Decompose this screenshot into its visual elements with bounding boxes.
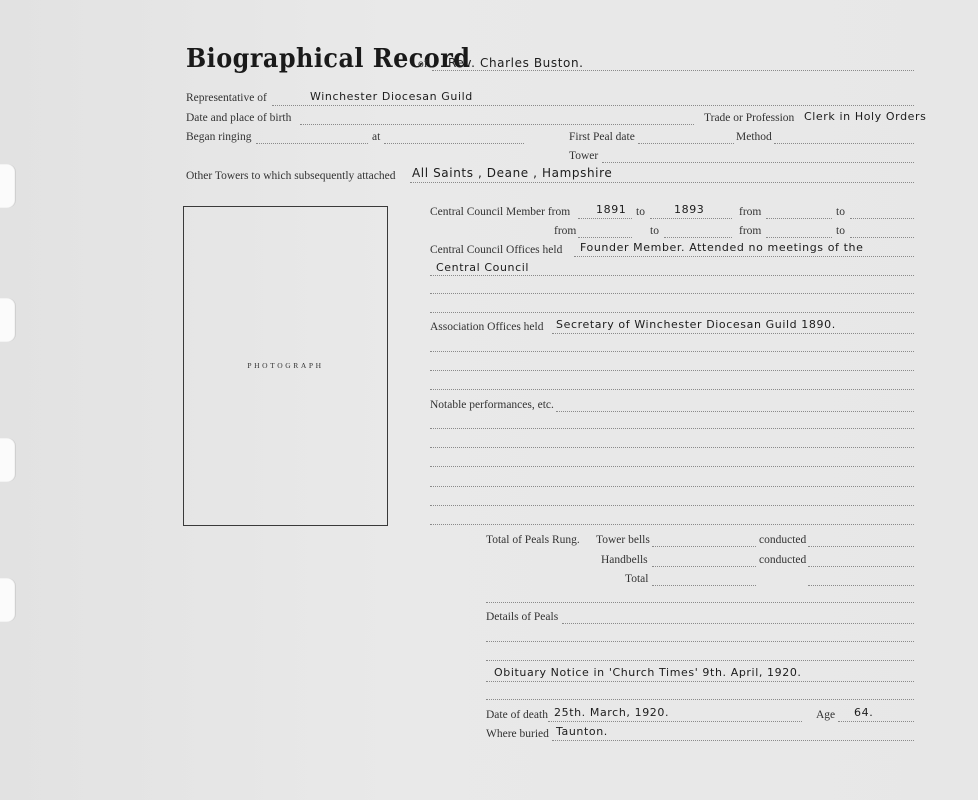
buried-value[interactable]: Taunton. xyxy=(556,725,608,738)
notable-line-6 xyxy=(430,505,914,506)
began-ringing-label: Began ringing xyxy=(186,131,251,143)
cc-from-1[interactable]: 1891 xyxy=(596,203,626,216)
notable-line-3 xyxy=(430,447,914,448)
punch-hole xyxy=(0,164,16,208)
cc-from-label: from xyxy=(739,206,761,218)
association-line-2 xyxy=(430,351,914,352)
cc-to-3-line xyxy=(664,237,732,238)
cc-from-4-line xyxy=(766,237,832,238)
other-towers-value[interactable]: All Saints , Deane , Hampshire xyxy=(412,166,612,180)
person-name[interactable]: Rev. Charles Buston. xyxy=(448,56,584,70)
association-label: Association Offices held xyxy=(430,321,543,333)
cc-offices-line-2 xyxy=(430,275,914,276)
cc-offices-label: Central Council Offices held xyxy=(430,244,562,256)
representative-line xyxy=(272,105,914,106)
details-peals-label: Details of Peals xyxy=(486,611,558,623)
tower-bells-line xyxy=(652,546,756,547)
record-card: Biographical Record of Rev. Charles Bust… xyxy=(0,0,978,800)
cc-to-4-line xyxy=(850,237,914,238)
cc-offices-line-3 xyxy=(430,293,914,294)
total-peals-label: Total of Peals Rung. xyxy=(486,534,580,546)
tower-line xyxy=(602,162,914,163)
method-line xyxy=(774,143,914,144)
at-label: at xyxy=(372,131,380,143)
notable-label: Notable performances, etc. xyxy=(430,399,554,411)
details-line-1 xyxy=(562,623,914,624)
buried-label: Where buried xyxy=(486,728,549,740)
method-label: Method xyxy=(736,131,772,143)
hand-conducted-line xyxy=(808,566,914,567)
peals-separator-line xyxy=(486,602,914,603)
association-line-1 xyxy=(552,333,914,334)
cc-from-label: from xyxy=(554,225,576,237)
cc-to-label: to xyxy=(636,206,645,218)
tower-label: Tower xyxy=(569,150,598,162)
name-line xyxy=(432,70,914,71)
other-towers-label: Other Towers to which subsequently attac… xyxy=(186,170,395,182)
total-sub-label: Total xyxy=(625,573,648,585)
punch-hole xyxy=(0,298,16,342)
tower-bells-label: Tower bells xyxy=(596,534,650,546)
age-label: Age xyxy=(816,709,835,721)
cc-to-label: to xyxy=(650,225,659,237)
of-label: of xyxy=(418,58,428,70)
other-towers-line xyxy=(410,182,914,183)
obituary-line-2 xyxy=(486,699,914,700)
at-line xyxy=(384,143,524,144)
notable-line-7 xyxy=(430,524,914,525)
photograph-label: PHOTOGRAPH xyxy=(184,361,387,370)
punch-hole xyxy=(0,578,16,622)
cc-offices-value-1[interactable]: Founder Member. Attended no meetings of … xyxy=(580,241,863,254)
details-line-3 xyxy=(486,660,914,661)
cc-from-1-line xyxy=(578,218,632,219)
buried-line xyxy=(552,740,914,741)
association-value[interactable]: Secretary of Winchester Diocesan Guild 1… xyxy=(556,318,836,331)
cc-offices-line-4 xyxy=(430,312,914,313)
age-value[interactable]: 64. xyxy=(854,706,873,719)
tower-conducted-line xyxy=(808,546,914,547)
representative-value[interactable]: Winchester Diocesan Guild xyxy=(310,90,473,103)
notable-line-5 xyxy=(430,486,914,487)
punch-hole xyxy=(0,438,16,482)
handbells-label: Handbells xyxy=(601,554,648,566)
conducted-label: conducted xyxy=(759,534,806,546)
obituary-value[interactable]: Obituary Notice in 'Church Times' 9th. A… xyxy=(494,666,802,679)
handbells-line xyxy=(652,566,756,567)
birth-line xyxy=(300,124,694,125)
notable-line-1 xyxy=(556,411,914,412)
trade-label: Trade or Profession xyxy=(704,112,794,124)
began-ringing-line xyxy=(256,143,368,144)
cc-offices-value-2[interactable]: Central Council xyxy=(436,261,529,274)
age-line xyxy=(838,721,914,722)
conducted-label: conducted xyxy=(759,554,806,566)
total-conducted-line xyxy=(808,585,914,586)
obituary-line xyxy=(486,681,914,682)
cc-offices-line-1 xyxy=(574,256,914,257)
total-line xyxy=(652,585,756,586)
cc-to-2-line xyxy=(850,218,914,219)
birth-label: Date and place of birth xyxy=(186,112,291,124)
notable-line-2 xyxy=(430,428,914,429)
trade-value[interactable]: Clerk in Holy Orders xyxy=(804,110,926,123)
cc-to-label: to xyxy=(836,225,845,237)
details-line-2 xyxy=(486,641,914,642)
death-date-label: Date of death xyxy=(486,709,548,721)
cc-to-1-line xyxy=(650,218,732,219)
first-peal-line xyxy=(638,143,734,144)
cc-member-label: Central Council Member from xyxy=(430,206,570,218)
first-peal-label: First Peal date xyxy=(569,131,635,143)
photograph-box: PHOTOGRAPH xyxy=(183,206,388,526)
cc-from-3-line xyxy=(578,237,632,238)
death-date-value[interactable]: 25th. March, 1920. xyxy=(554,706,669,719)
association-line-4 xyxy=(430,389,914,390)
cc-from-label: from xyxy=(739,225,761,237)
cc-to-1[interactable]: 1893 xyxy=(674,203,704,216)
notable-line-4 xyxy=(430,466,914,467)
death-date-line xyxy=(548,721,802,722)
cc-from-2-line xyxy=(766,218,832,219)
cc-to-label: to xyxy=(836,206,845,218)
representative-label: Representative of xyxy=(186,92,267,104)
association-line-3 xyxy=(430,370,914,371)
